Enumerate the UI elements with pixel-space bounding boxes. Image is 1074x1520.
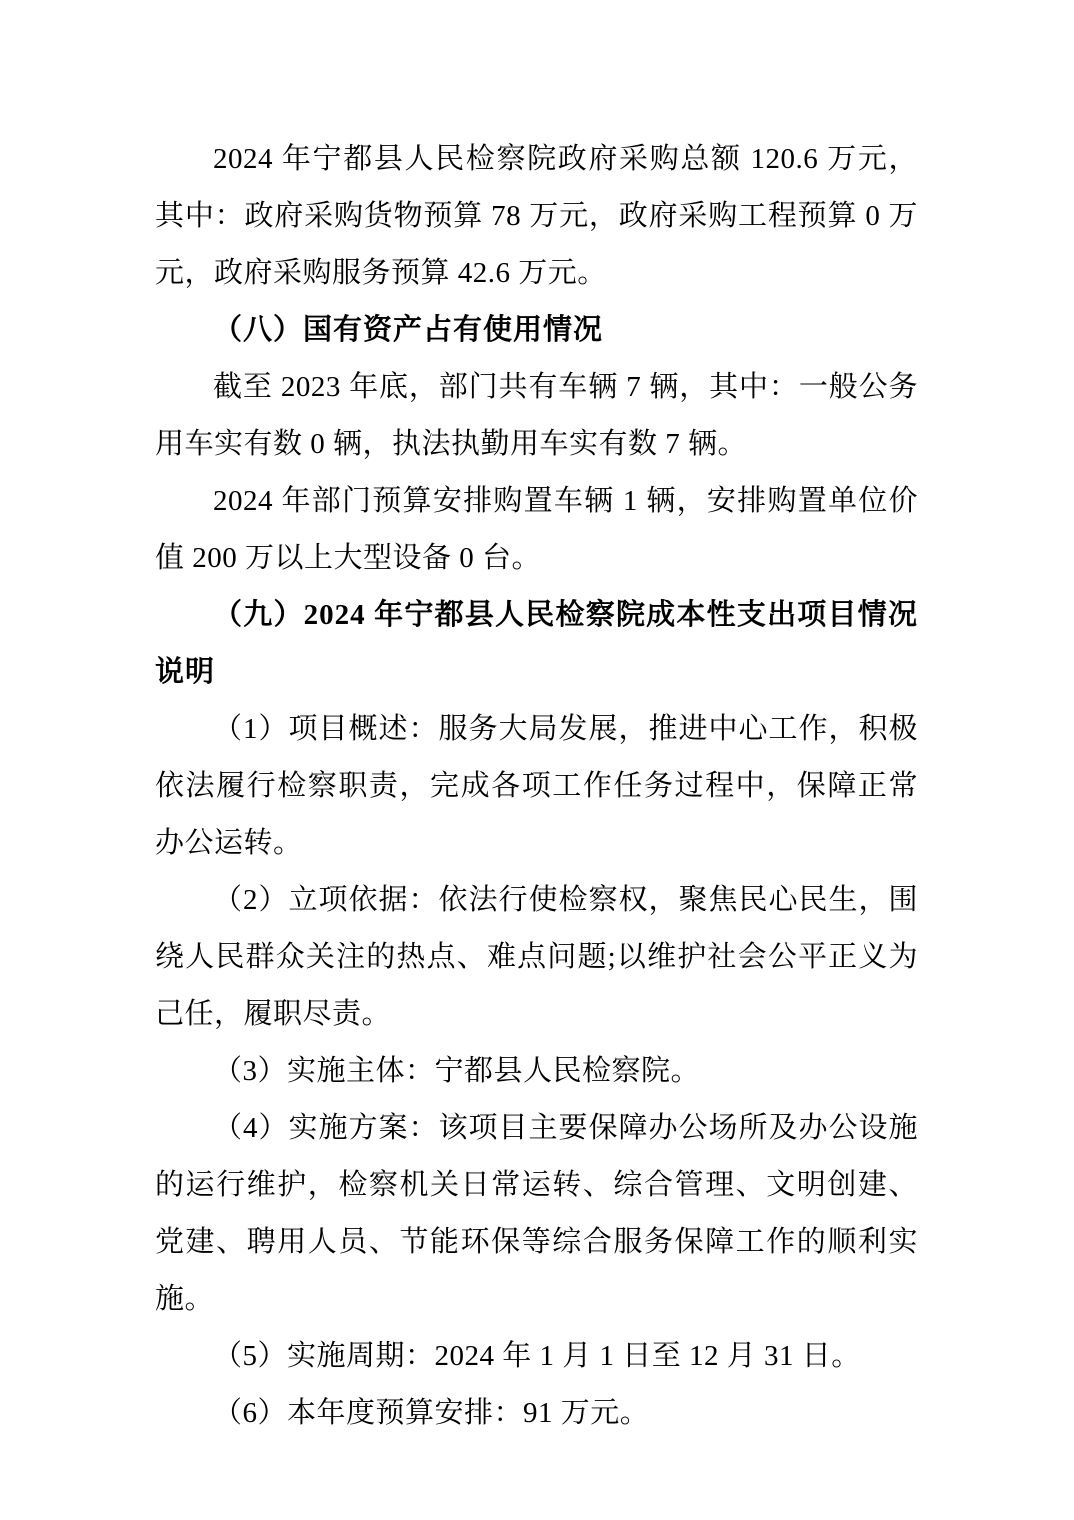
paragraph: （5）实施周期：2024 年 1 月 1 日至 12 月 31 日。 — [155, 1328, 918, 1385]
paragraph: （1）项目概述：服务大局发展，推进中心工作，积极依法履行检察职责，完成各项工作任… — [155, 701, 918, 872]
paragraph: （6）本年度预算安排：91 万元。 — [155, 1385, 918, 1442]
section-heading: （八）国有资产占有使用情况 — [155, 302, 918, 359]
document-body: 2024 年宁都县人民检察院政府采购总额 120.6 万元，其中：政府采购货物预… — [155, 131, 918, 1442]
paragraph: 截至 2023 年底，部门共有车辆 7 辆，其中：一般公务用车实有数 0 辆，执… — [155, 359, 918, 473]
section-heading: （九）2024 年宁都县人民检察院成本性支出项目情况说明 — [155, 587, 918, 701]
paragraph: （2）立项依据：依法行使检察权，聚焦民心民生，围绕人民群众关注的热点、难点问题;… — [155, 872, 918, 1043]
paragraph: 2024 年宁都县人民检察院政府采购总额 120.6 万元，其中：政府采购货物预… — [155, 131, 918, 302]
document-page: 2024 年宁都县人民检察院政府采购总额 120.6 万元，其中：政府采购货物预… — [0, 0, 1074, 1520]
paragraph: 2024 年部门预算安排购置车辆 1 辆，安排购置单位价值 200 万以上大型设… — [155, 473, 918, 587]
paragraph: （4）实施方案：该项目主要保障办公场所及办公设施的运行维护，检察机关日常运转、综… — [155, 1100, 918, 1328]
paragraph: （3）实施主体：宁都县人民检察院。 — [155, 1043, 918, 1100]
